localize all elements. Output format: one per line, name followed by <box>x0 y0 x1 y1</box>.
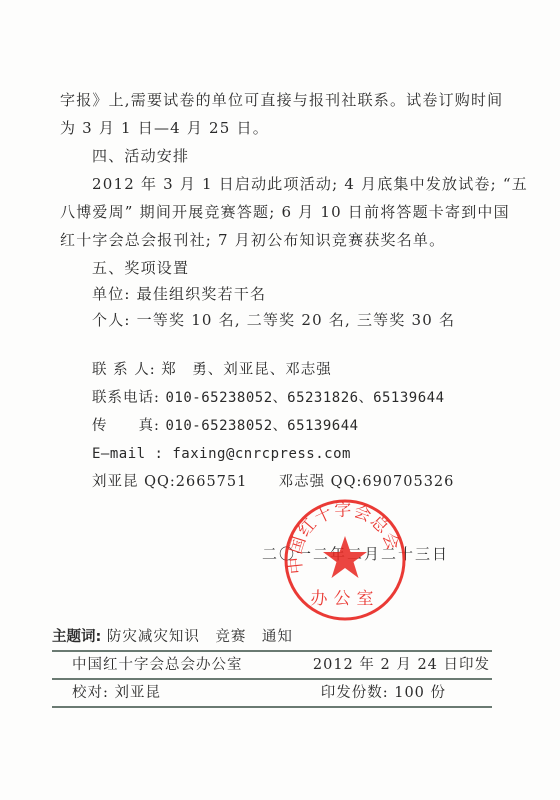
keywords-row: 主题词: 防灾减灾知识 竞赛 通知 <box>52 624 490 650</box>
body-line-1: 字报》上,需要试卷的单位可直接与报刊社联系。试卷订购时间 <box>60 90 503 110</box>
contact-fax-label: 传 真: <box>92 418 160 434</box>
body-line-5: 八博爱周” 期间开展竞赛答题; 6 月 10 日前将答题卡寄到中国 <box>60 202 510 222</box>
proofreader: 校对: 刘亚昆 <box>72 680 161 706</box>
contact-phone-label: 联系电话: <box>92 390 160 406</box>
body-line-6: 红十字会总会报刊社; 7 月初公布知识竞赛获奖名单。 <box>60 230 445 250</box>
contact-fax: 传 真: 010-65238052、65139644 <box>92 416 359 436</box>
section-heading-4: 四、活动安排 <box>92 146 189 166</box>
contact-people: 联 系 人: 郑 勇、刘亚昆、邓志强 <box>92 360 332 380</box>
contact-email-label: E—mail : <box>92 446 163 462</box>
issue-date: 2012 年 2 月 24 日印发 <box>313 652 490 678</box>
section-heading-5: 五、奖项设置 <box>92 258 189 278</box>
issuer-row: 中国红十字会总会办公室 2012 年 2 月 24 日印发 <box>52 652 490 678</box>
contact-fax-value: 010-65238052、65139644 <box>166 418 359 434</box>
body-line-4: 2012 年 3 月 1 日启动此项活动; 4 月底集中发放试卷; “五 <box>92 174 528 194</box>
issuer: 中国红十字会总会办公室 <box>72 652 243 678</box>
divider <box>52 706 492 708</box>
keywords-value: 防灾减灾知识 竞赛 通知 <box>107 629 293 645</box>
contact-phone: 联系电话: 010-65238052、65231826、65139644 <box>92 388 445 408</box>
contact-qq: 刘亚昆 QQ:2665751 邓志强 QQ:690705326 <box>92 472 454 492</box>
qq1-label: 刘亚昆 QQ: <box>92 474 176 490</box>
stamp-bottom-text: 办公室 <box>311 589 380 609</box>
individual-award: 个人: 一等奖 10 名, 二等奖 20 名, 三等奖 30 名 <box>92 310 455 330</box>
contact-people-value: 郑 勇、刘亚昆、邓志强 <box>161 362 332 378</box>
qq1-value: 2665751 <box>176 474 248 490</box>
body-line-2: 为 3 月 1 日—4 月 25 日。 <box>60 118 269 138</box>
contact-email-value[interactable]: faxing@cnrcpress.com <box>172 446 351 462</box>
keywords-label: 主题词: <box>52 629 101 645</box>
qq2-label: 邓志强 QQ: <box>279 474 363 490</box>
unit-award: 单位: 最佳组织奖若干名 <box>92 284 266 304</box>
contact-people-label: 联 系 人: <box>92 362 156 378</box>
official-seal-icon: 中国红十字会总会 办公室 <box>283 498 407 622</box>
contact-email: E—mail : faxing@cnrcpress.com <box>92 444 351 464</box>
qq2-value: 690705326 <box>362 474 454 490</box>
contact-phone-value: 010-65238052、65231826、65139644 <box>166 390 445 406</box>
copies: 印发份数: 100 份 <box>321 680 446 706</box>
proof-row: 校对: 刘亚昆 印发份数: 100 份 <box>52 680 490 706</box>
